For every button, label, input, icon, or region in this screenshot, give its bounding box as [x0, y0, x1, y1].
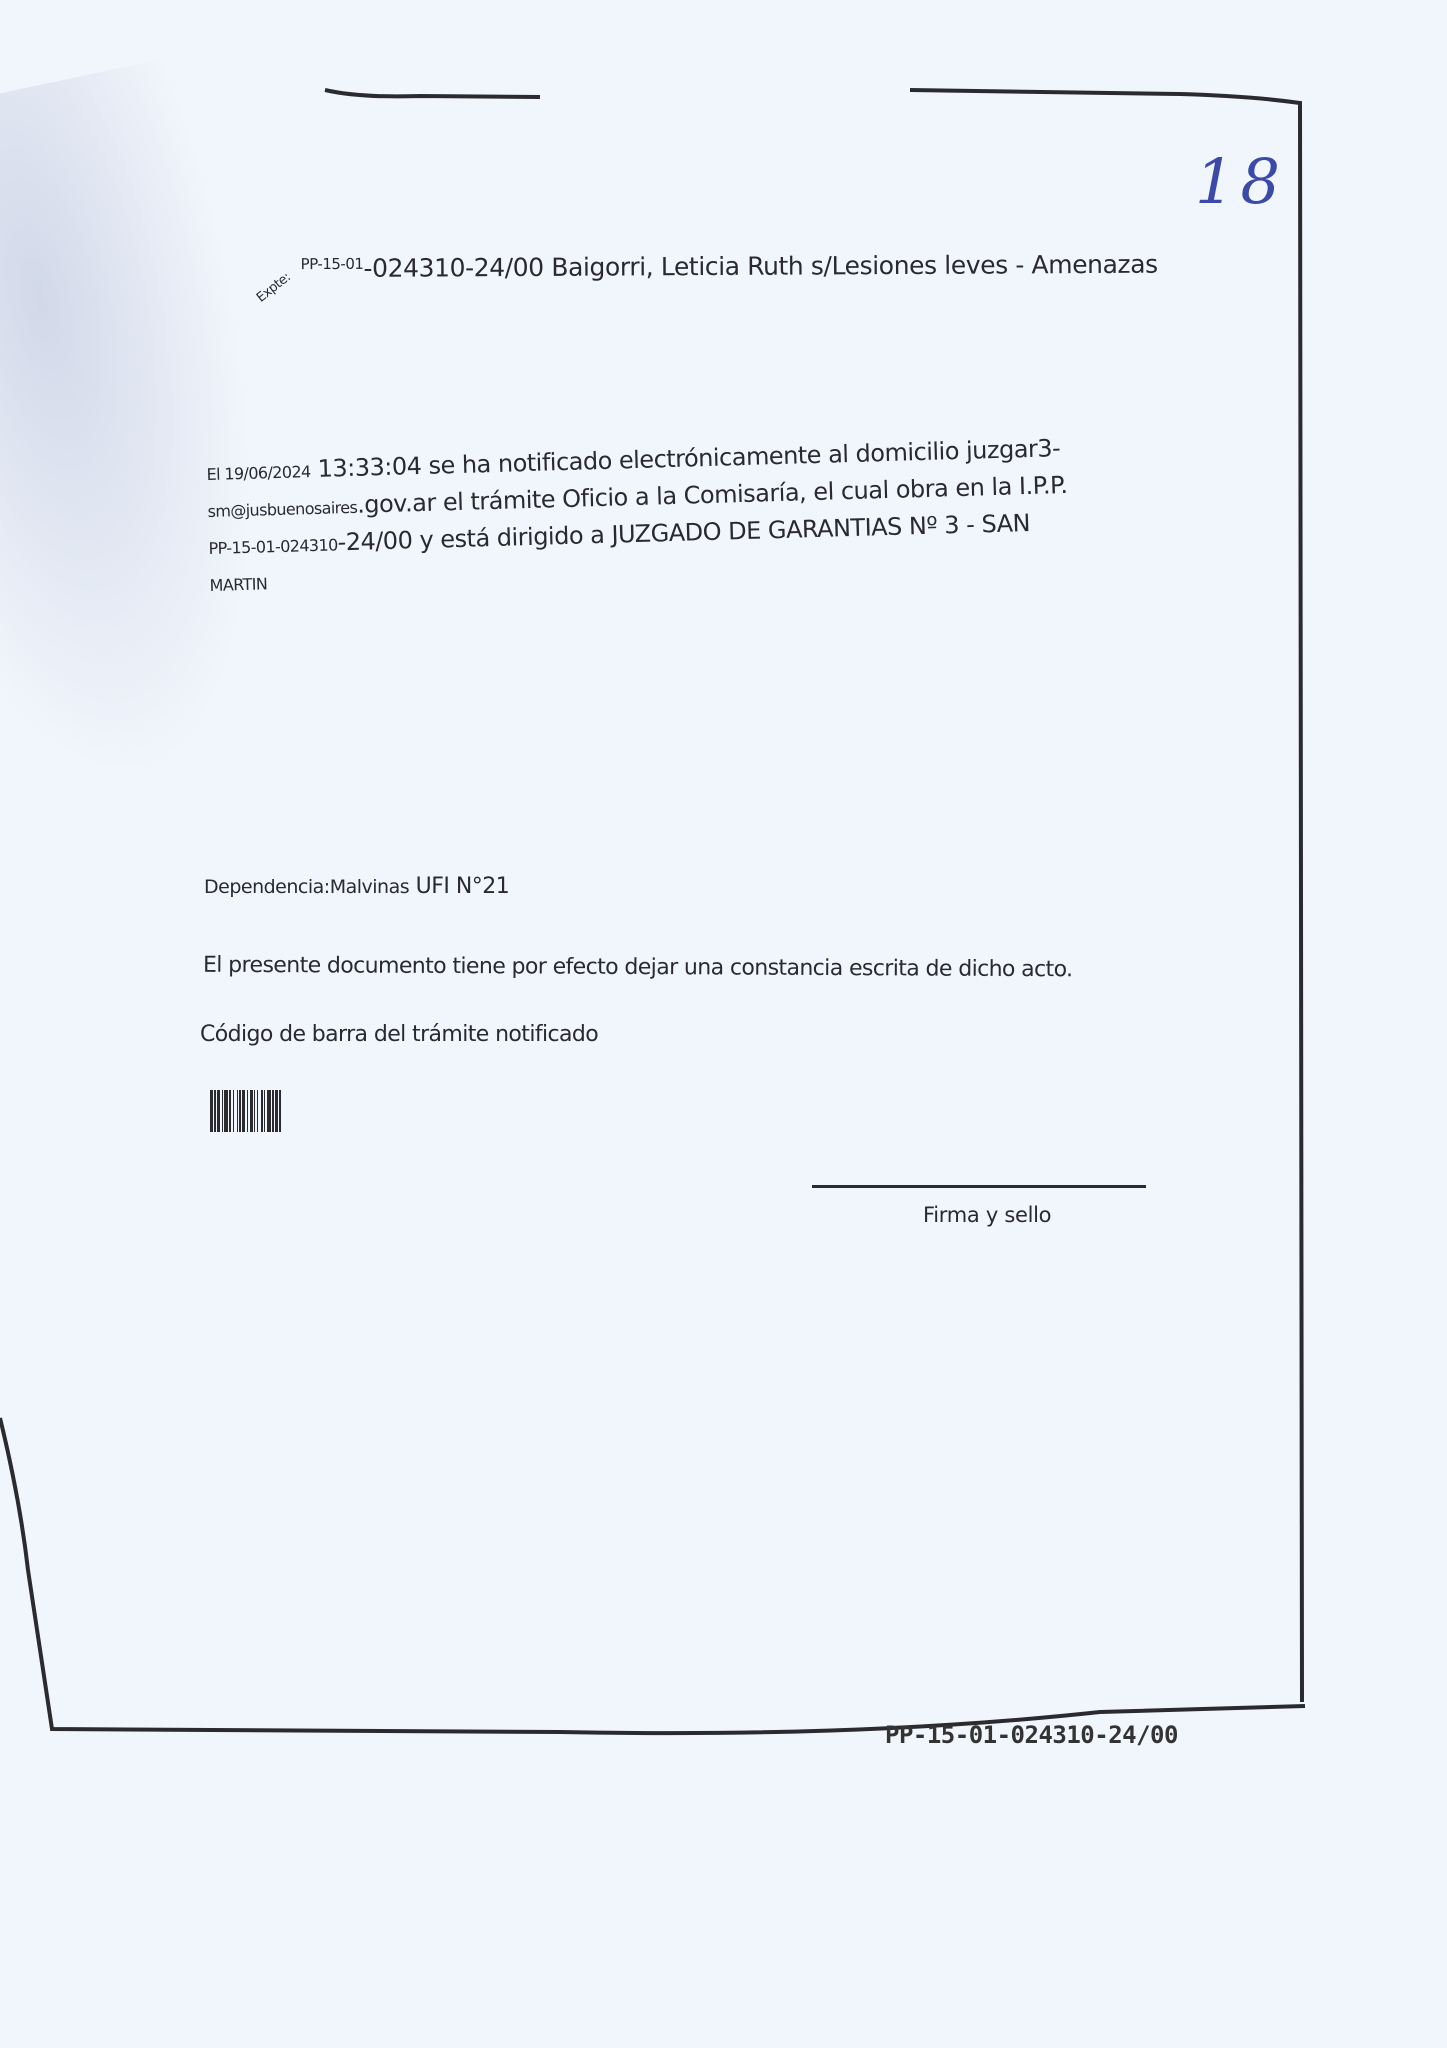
header-case-title: -024310-24/00 Baigorri, Leticia Ruth s/L…	[363, 250, 1158, 283]
notification-ipp-part: PP-15-01-024310	[208, 535, 338, 558]
handwritten-folio-number: 18	[1195, 145, 1286, 218]
notification-date: El 19/06/2024	[206, 462, 311, 484]
signature-line	[812, 1185, 1146, 1188]
effect-statement: El presente documento tiene por efecto d…	[203, 953, 1073, 983]
dependencia-value: UFI N°21	[409, 874, 509, 899]
signature-label: Firma y sello	[923, 1203, 1051, 1227]
dependencia-value-part: Malvinas	[330, 876, 409, 898]
dependencia-line: Dependencia:Malvinas UFI N°21	[204, 874, 509, 899]
header-case-prefix: PP-15-01	[301, 255, 364, 273]
notification-line-4: MARTIN	[209, 574, 267, 595]
notification-paragraph: El 19/06/2024 13:33:04 se ha notificado …	[206, 431, 1070, 603]
barcode-label: Código de barra del trámite notificado	[200, 1022, 598, 1047]
barcode-icon	[210, 1090, 352, 1132]
case-header: Expte:PP-15-01-024310-24/00 Baigorri, Le…	[262, 250, 1158, 284]
dependencia-label: Dependencia:	[204, 876, 330, 898]
notification-email-part: sm@jusbuenosaires	[207, 498, 357, 521]
footer-case-code: PP-15-01-024310-24/00	[885, 1721, 1178, 1749]
